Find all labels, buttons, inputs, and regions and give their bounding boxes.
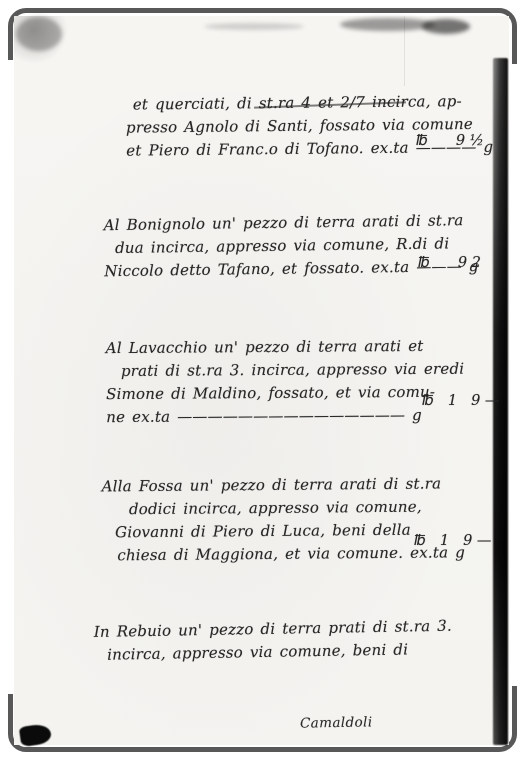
handwritten-line: et Piero di Franc.o di Tofano. ex.ta ———…: [126, 136, 431, 162]
handwritten-line: Niccolo detto Tafano, et fossato. ex.ta …: [104, 256, 419, 283]
handwritten-line: ne ex.ta ——————————————— g: [106, 404, 421, 429]
stain: [340, 18, 435, 31]
stain: [422, 19, 470, 34]
ink-blot: [19, 723, 52, 747]
amount-value: 9 ½: [456, 133, 484, 149]
amount-lib: ℔: [418, 255, 430, 271]
manuscript-entry-2: Al Bonignolo un' pezzo di terra arati di…: [104, 210, 420, 283]
amount-row-1: ℔ 9 ½: [416, 133, 484, 149]
handwritten-line: prati di st.ra 3. incirca, appresso via …: [106, 358, 421, 383]
amount-row-2: ℔ 9 2: [418, 255, 481, 271]
handwritten-line: incirca, appresso via comune, beni di: [94, 638, 429, 667]
amount-value: 9 2: [458, 255, 481, 271]
amount-row-3: ℔ 1 9 —: [422, 393, 499, 409]
handwritten-line: Giovanni di Piero di Luca, beni della: [102, 519, 427, 545]
amount-value: 9 —: [463, 533, 491, 549]
stain: [16, 17, 62, 51]
manuscript-entry-4: Alla Fossa un' pezzo di terra arati di s…: [102, 473, 428, 568]
amount-row-4: ℔ 1 9 —: [414, 533, 491, 549]
manuscript-entry-3: Al Lavacchio un' pezzo di terra arati et…: [106, 335, 422, 429]
frame-gap-right: [508, 64, 520, 686]
page-footer-word: Camaldoli: [300, 714, 373, 731]
manuscript-page: et querciati, di st.ra 4 et 2/7 incirca,…: [14, 16, 509, 745]
handwritten-line: Al Lavacchio un' pezzo di terra arati et: [106, 335, 421, 360]
amount-lib: ℔: [416, 133, 428, 149]
handwritten-line: chiesa di Maggiona, et via comune. ex.ta…: [102, 542, 427, 568]
handwritten-line: Simone di Maldino, fossato, et via comu-: [106, 381, 421, 406]
handwritten-line: dodici incirca, appresso via comune,: [102, 496, 427, 522]
stain: [204, 23, 304, 30]
amount-mid: 1: [440, 533, 449, 549]
manuscript-entry-1: et querciati, di st.ra 4 et 2/7 incirca,…: [126, 90, 432, 162]
amount-mid: 1: [448, 393, 457, 409]
fold-line: [404, 16, 405, 86]
handwritten-line: Alla Fossa un' pezzo di terra arati di s…: [102, 473, 427, 499]
manuscript-viewer: et querciati, di st.ra 4 et 2/7 incirca,…: [0, 0, 525, 760]
handwritten-line: presso Agnolo di Santi, fossato via comu…: [126, 113, 431, 139]
amount-lib: ℔: [414, 533, 426, 549]
handwritten-line: et querciati, di st.ra 4 et 2/7 incirca,…: [126, 90, 431, 116]
amount-value: 9 —: [471, 393, 499, 409]
manuscript-entry-5: In Rebuio un' pezzo di terra prati di st…: [94, 615, 430, 667]
amount-lib: ℔: [422, 393, 434, 409]
